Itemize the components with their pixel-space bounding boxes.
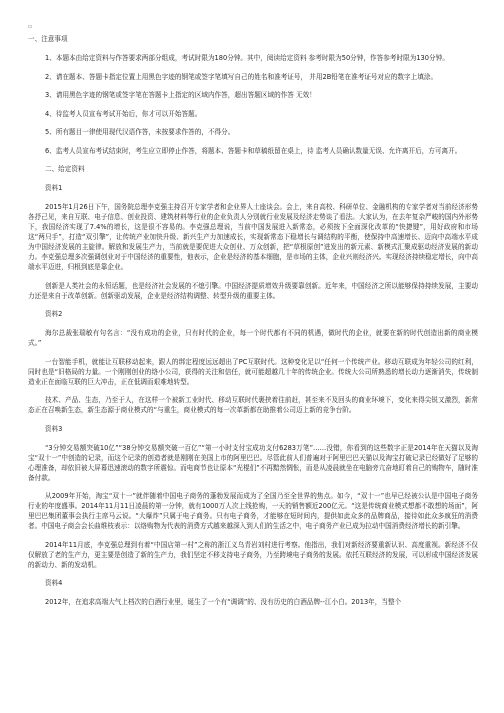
document-page: ▫ 一、注意事项 1、本题本由给定资料与作答要求两部分组成，考试时限为180分钟… bbox=[0, 0, 504, 607]
material-paragraph: 从2009年开始，淘宝“双十一”就伴随着中国电子商务的蓬勃发展而成为了全国乃至全… bbox=[28, 491, 478, 531]
section2-title: 二、给定资料 bbox=[45, 164, 478, 174]
section1-title: 一、注意事项 bbox=[28, 34, 478, 44]
material-label: 资料3 bbox=[45, 424, 478, 434]
notice-item: 5、所有题目一律使用现代汉语作答，未按要求作答的，不得分。 bbox=[28, 127, 478, 137]
material-label: 资料2 bbox=[45, 309, 478, 319]
notice-item: 1、本题本由给定资料与作答要求两部分组成，考试时限为180分钟。其中，阅读给定资… bbox=[28, 53, 478, 63]
notice-item: 3、请用黑色字迹的钢笔或签字笔在答题卡上指定的区域内作答，超出答题区域的作答 无… bbox=[28, 90, 478, 100]
material-paragraph: 2015年1月26日下午，国务院总理李克强主持召开专家学者和企业界人士座谈会。会… bbox=[28, 202, 478, 272]
material-label: 资料4 bbox=[45, 578, 478, 588]
notice-item: 2、请在题本、答题卡指定位置上用黑色字迹的钢笔或签字笔填写自己的姓名和准考证号，… bbox=[28, 72, 478, 82]
material-paragraph: 海尔总裁张瑞敏有句名言：“没有成功的企业，只有时代的企业，每一个时代都有不同的机… bbox=[28, 328, 478, 348]
notice-item: 4、待监考人员宣布考试开始后，你才可以开始答题。 bbox=[28, 109, 478, 119]
material-paragraph: 创新是人类社会的永恒话题，也是经济社会发展的不熄引擎。中国经济提质增效升级要靠创… bbox=[28, 281, 478, 301]
bullet-marker: ▫ bbox=[28, 22, 478, 32]
material-paragraph: 技术、产品、生态，乃至于人，在这样一个被新工业时代、移动互联时代裹挟着往前赶，甚… bbox=[28, 395, 478, 415]
material-paragraph: “3分钟交易额突破10亿”“38分钟交易额突破一百亿”“第一小时支付宝成功支付6… bbox=[28, 443, 478, 483]
material-paragraph: 2012年，在追求高端大气上档次的白酒行业里，诞生了一个有“调调”的、没有历史的… bbox=[28, 597, 478, 607]
material-paragraph: 一台智能手机，就能让互联移动起来，跟人的绑定程度远远超出了PC互联时代。这种变化… bbox=[28, 357, 478, 387]
notice-item: 6、监考人员宣布考试结束时，考生应立即停止作答，将题本、答题卡和草稿纸留在桌上，… bbox=[28, 146, 478, 156]
material-label: 资料1 bbox=[45, 183, 478, 193]
material-paragraph: 2014年11月底，李克强总理到有着“中国店第一村”之称的浙江义乌青岩刘村进行考… bbox=[28, 540, 478, 570]
